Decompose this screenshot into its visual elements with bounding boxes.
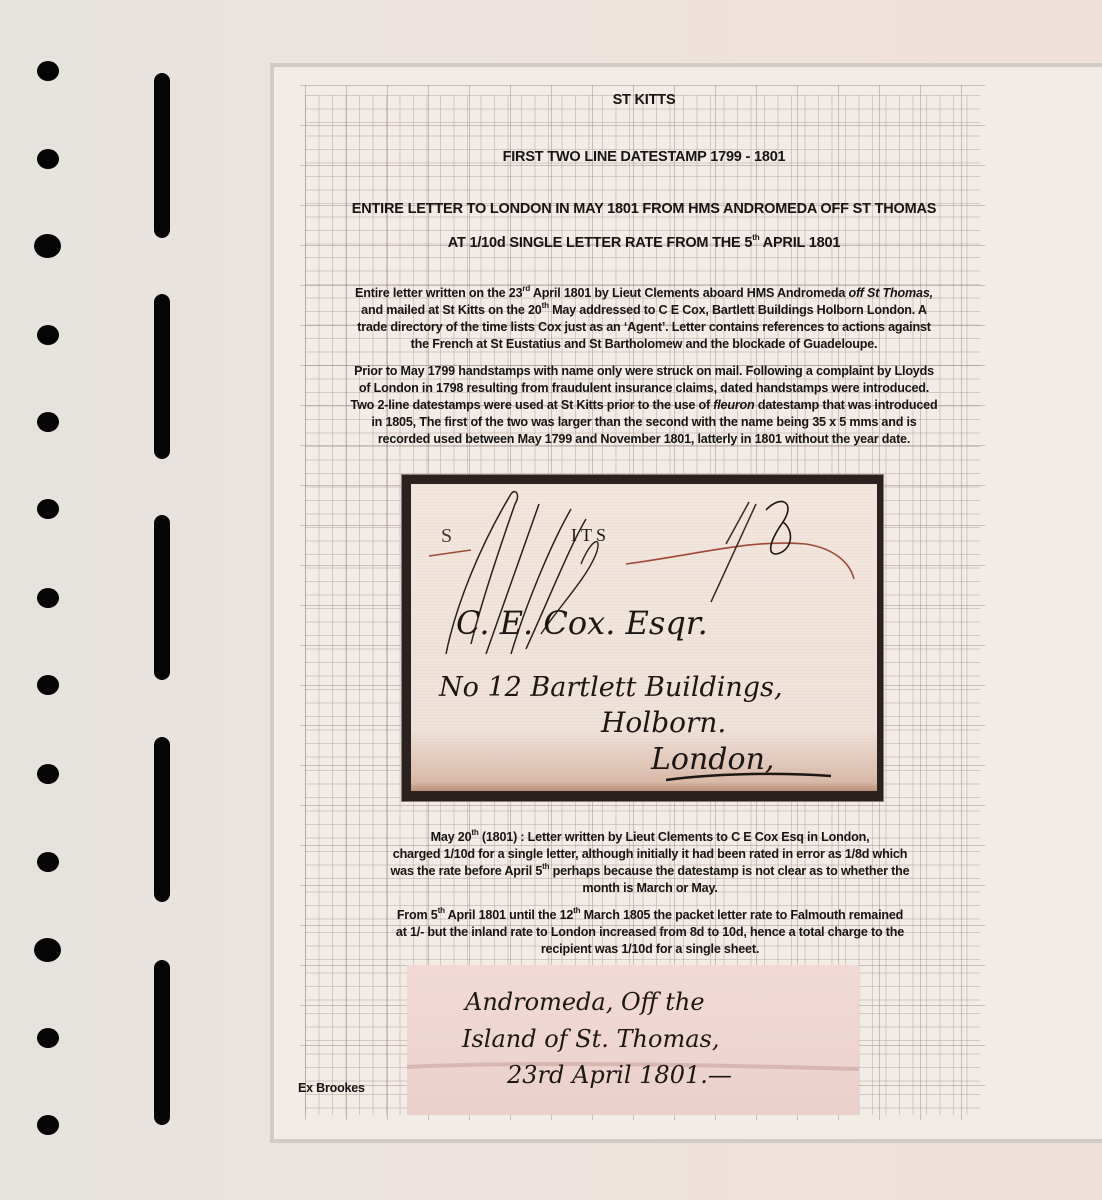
docket-manuscript-svg: Andromeda, Off the Island of St. Thomas,… (407, 965, 859, 1115)
punch-hole (37, 61, 59, 81)
description-line: charged 1/10d for a single letter, altho… (330, 846, 970, 863)
headline-2: AT 1/10d SINGLE LETTER RATE FROM THE 5th… (300, 235, 988, 251)
text: datestamp that was introduced (755, 398, 938, 412)
docket-slip: Andromeda, Off the Island of St. Thomas,… (407, 965, 859, 1115)
superscript: th (542, 862, 549, 871)
punch-hole (37, 1115, 59, 1135)
history-line: of London in 1798 resulting from fraudul… (300, 380, 988, 397)
headline-1: ENTIRE LETTER TO LONDON IN MAY 1801 FROM… (300, 201, 988, 217)
history-paragraph: Prior to May 1799 handstamps with name o… (300, 363, 988, 448)
punch-hole (37, 412, 59, 432)
history-line: Two 2-line datestamps were used at St Ki… (300, 397, 988, 414)
entire-letter-cover: S ITS C. E. Cox. Esqr. No 12 Bartlett Bu… (411, 484, 877, 791)
italic-text: off St Thomas, (849, 286, 933, 300)
description-line: month is March or May. (330, 880, 970, 897)
description-paragraph-2: From 5th April 1801 until the 12th March… (330, 907, 970, 958)
binder-slot (154, 294, 170, 459)
text: From 5 (397, 908, 438, 922)
description-line: was the rate before April 5th perhaps be… (330, 863, 970, 880)
description-line: From 5th April 1801 until the 12th March… (330, 907, 970, 924)
text: May 20 (431, 830, 472, 844)
intro-line: trade directory of the time lists Cox ju… (300, 319, 988, 336)
punch-hole (37, 149, 59, 169)
description-paragraph-1: May 20th (1801) : Letter written by Lieu… (330, 829, 970, 897)
text: perhaps because the datestamp is not cle… (549, 864, 909, 878)
history-line: Prior to May 1799 handstamps with name o… (300, 363, 988, 380)
intro-paragraph: Entire letter written on the 23rd April … (300, 285, 988, 353)
intro-line: and mailed at St Kitts on the 20th May a… (300, 302, 988, 319)
punch-hole (37, 852, 59, 872)
intro-line: the French at St Eustatius and St Bartho… (300, 336, 988, 353)
binder-slot (154, 515, 170, 680)
superscript: th (752, 233, 759, 242)
headline-2-text: APRIL 1801 (759, 235, 840, 251)
text: (1801) : Letter written by Lieut Clement… (479, 830, 870, 844)
text: was the rate before April 5 (391, 864, 543, 878)
binder-slot (154, 73, 170, 238)
postmark-fragment: S (441, 525, 452, 547)
address-line-4: London, (650, 742, 774, 777)
punch-hole (34, 938, 61, 962)
text: Entire letter written on the 23 (355, 286, 522, 300)
superscript: th (438, 906, 445, 915)
binder-slot (154, 737, 170, 902)
description-line: at 1/- but the inland rate to London inc… (330, 924, 970, 941)
punch-hole (37, 588, 59, 608)
page-title: ST KITTS (300, 92, 988, 108)
superscript: th (573, 906, 580, 915)
intro-line: Entire letter written on the 23rd April … (300, 285, 988, 302)
description-line: recipient was 1/10d for a single sheet. (330, 941, 970, 958)
punch-hole (37, 1028, 59, 1048)
punch-hole (34, 234, 61, 258)
superscript: th (471, 828, 478, 837)
superscript: rd (522, 284, 530, 293)
docket-line-2: Island of St. Thomas, (461, 1025, 719, 1053)
text: March 1805 the packet letter rate to Fal… (580, 908, 903, 922)
headline-2-text: AT 1/10d SINGLE LETTER RATE FROM THE 5 (448, 235, 752, 251)
history-line: recorded used between May 1799 and Novem… (300, 431, 988, 448)
address-line-2: No 12 Bartlett Buildings, (438, 672, 783, 703)
cover-manuscript-svg: S ITS C. E. Cox. Esqr. No 12 Bartlett Bu… (411, 484, 877, 791)
docket-line-3: 23rd April 1801.— (506, 1061, 732, 1089)
description-line: May 20th (1801) : Letter written by Lieu… (330, 829, 970, 846)
provenance-label: Ex Brookes (298, 1081, 365, 1095)
text: April 1801 by Lieut Clements aboard HMS … (530, 286, 848, 300)
punch-hole (37, 499, 59, 519)
punch-hole (37, 325, 59, 345)
text: May addressed to C E Cox, Bartlett Build… (549, 303, 927, 317)
punch-hole (37, 675, 59, 695)
text: and mailed at St Kitts on the 20 (361, 303, 541, 317)
docket-line-1: Andromeda, Off the (463, 988, 705, 1016)
text: April 1801 until the 12 (445, 908, 573, 922)
binder-slot (154, 960, 170, 1125)
superscript: th (542, 301, 549, 310)
page-subtitle: FIRST TWO LINE DATESTAMP 1799 - 1801 (300, 149, 988, 165)
address-line-3: Holborn. (600, 706, 726, 739)
text: Two 2-line datestamps were used at St Ki… (351, 398, 714, 412)
history-line: in 1805, The first of the two was larger… (300, 414, 988, 431)
address-line-1: C. E. Cox. Esqr. (456, 604, 708, 642)
punch-hole (37, 764, 59, 784)
italic-text: fleuron (713, 398, 754, 412)
